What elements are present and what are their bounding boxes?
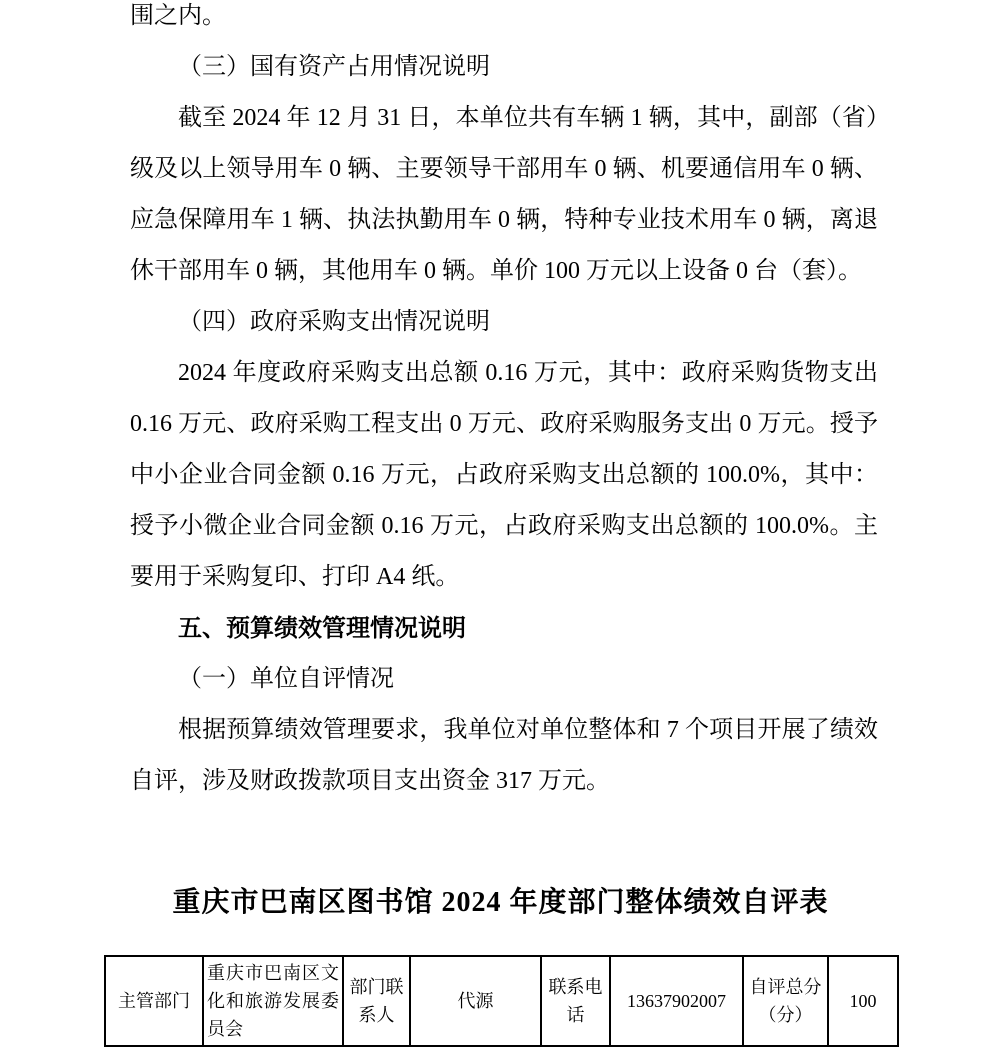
section-heading-4-procurement: （四）政府采购支出情况说明 (130, 297, 878, 348)
document-body: 围之内。 （三）国有资产占用情况说明 截至 2024 年 12 月 31 日，本… (130, 0, 878, 807)
self-eval-score-value: 100 (828, 956, 898, 1046)
self-evaluation-table: 主管部门 重庆市巴南区文化和旅游发展委员会 部门联系人 代源 联系电话 1363… (104, 955, 899, 1047)
contact-person-value: 代源 (410, 956, 541, 1046)
contact-phone-label: 联系电话 (541, 956, 610, 1046)
section-heading-5-performance: 五、预算绩效管理情况说明 (130, 603, 878, 654)
table-title: 重庆市巴南区图书馆 2024 年度部门整体绩效自评表 (104, 880, 897, 920)
paragraph-assets-description: 截至 2024 年 12 月 31 日，本单位共有车辆 1 辆，其中，副部（省）… (130, 93, 878, 297)
paragraph-continuation: 围之内。 (130, 0, 878, 42)
section-heading-3-assets: （三）国有资产占用情况说明 (130, 42, 878, 93)
paragraph-self-evaluation-description: 根据预算绩效管理要求，我单位对单位整体和 7 个项目开展了绩效自评，涉及财政拨款… (130, 705, 878, 807)
supervisor-dept-label: 主管部门 (105, 956, 203, 1046)
contact-person-label: 部门联系人 (343, 956, 410, 1046)
document-page: 围之内。 （三）国有资产占用情况说明 截至 2024 年 12 月 31 日，本… (0, 0, 1000, 1051)
paragraph-procurement-description: 2024 年度政府采购支出总额 0.16 万元，其中：政府采购货物支出 0.16… (130, 348, 878, 603)
table-row: 主管部门 重庆市巴南区文化和旅游发展委员会 部门联系人 代源 联系电话 1363… (105, 956, 898, 1046)
self-eval-score-label: 自评总分（分） (743, 956, 828, 1046)
supervisor-dept-value: 重庆市巴南区文化和旅游发展委员会 (203, 956, 343, 1046)
contact-phone-value: 13637902007 (610, 956, 743, 1046)
subsection-heading-1-self-evaluation: （一）单位自评情况 (130, 654, 878, 705)
